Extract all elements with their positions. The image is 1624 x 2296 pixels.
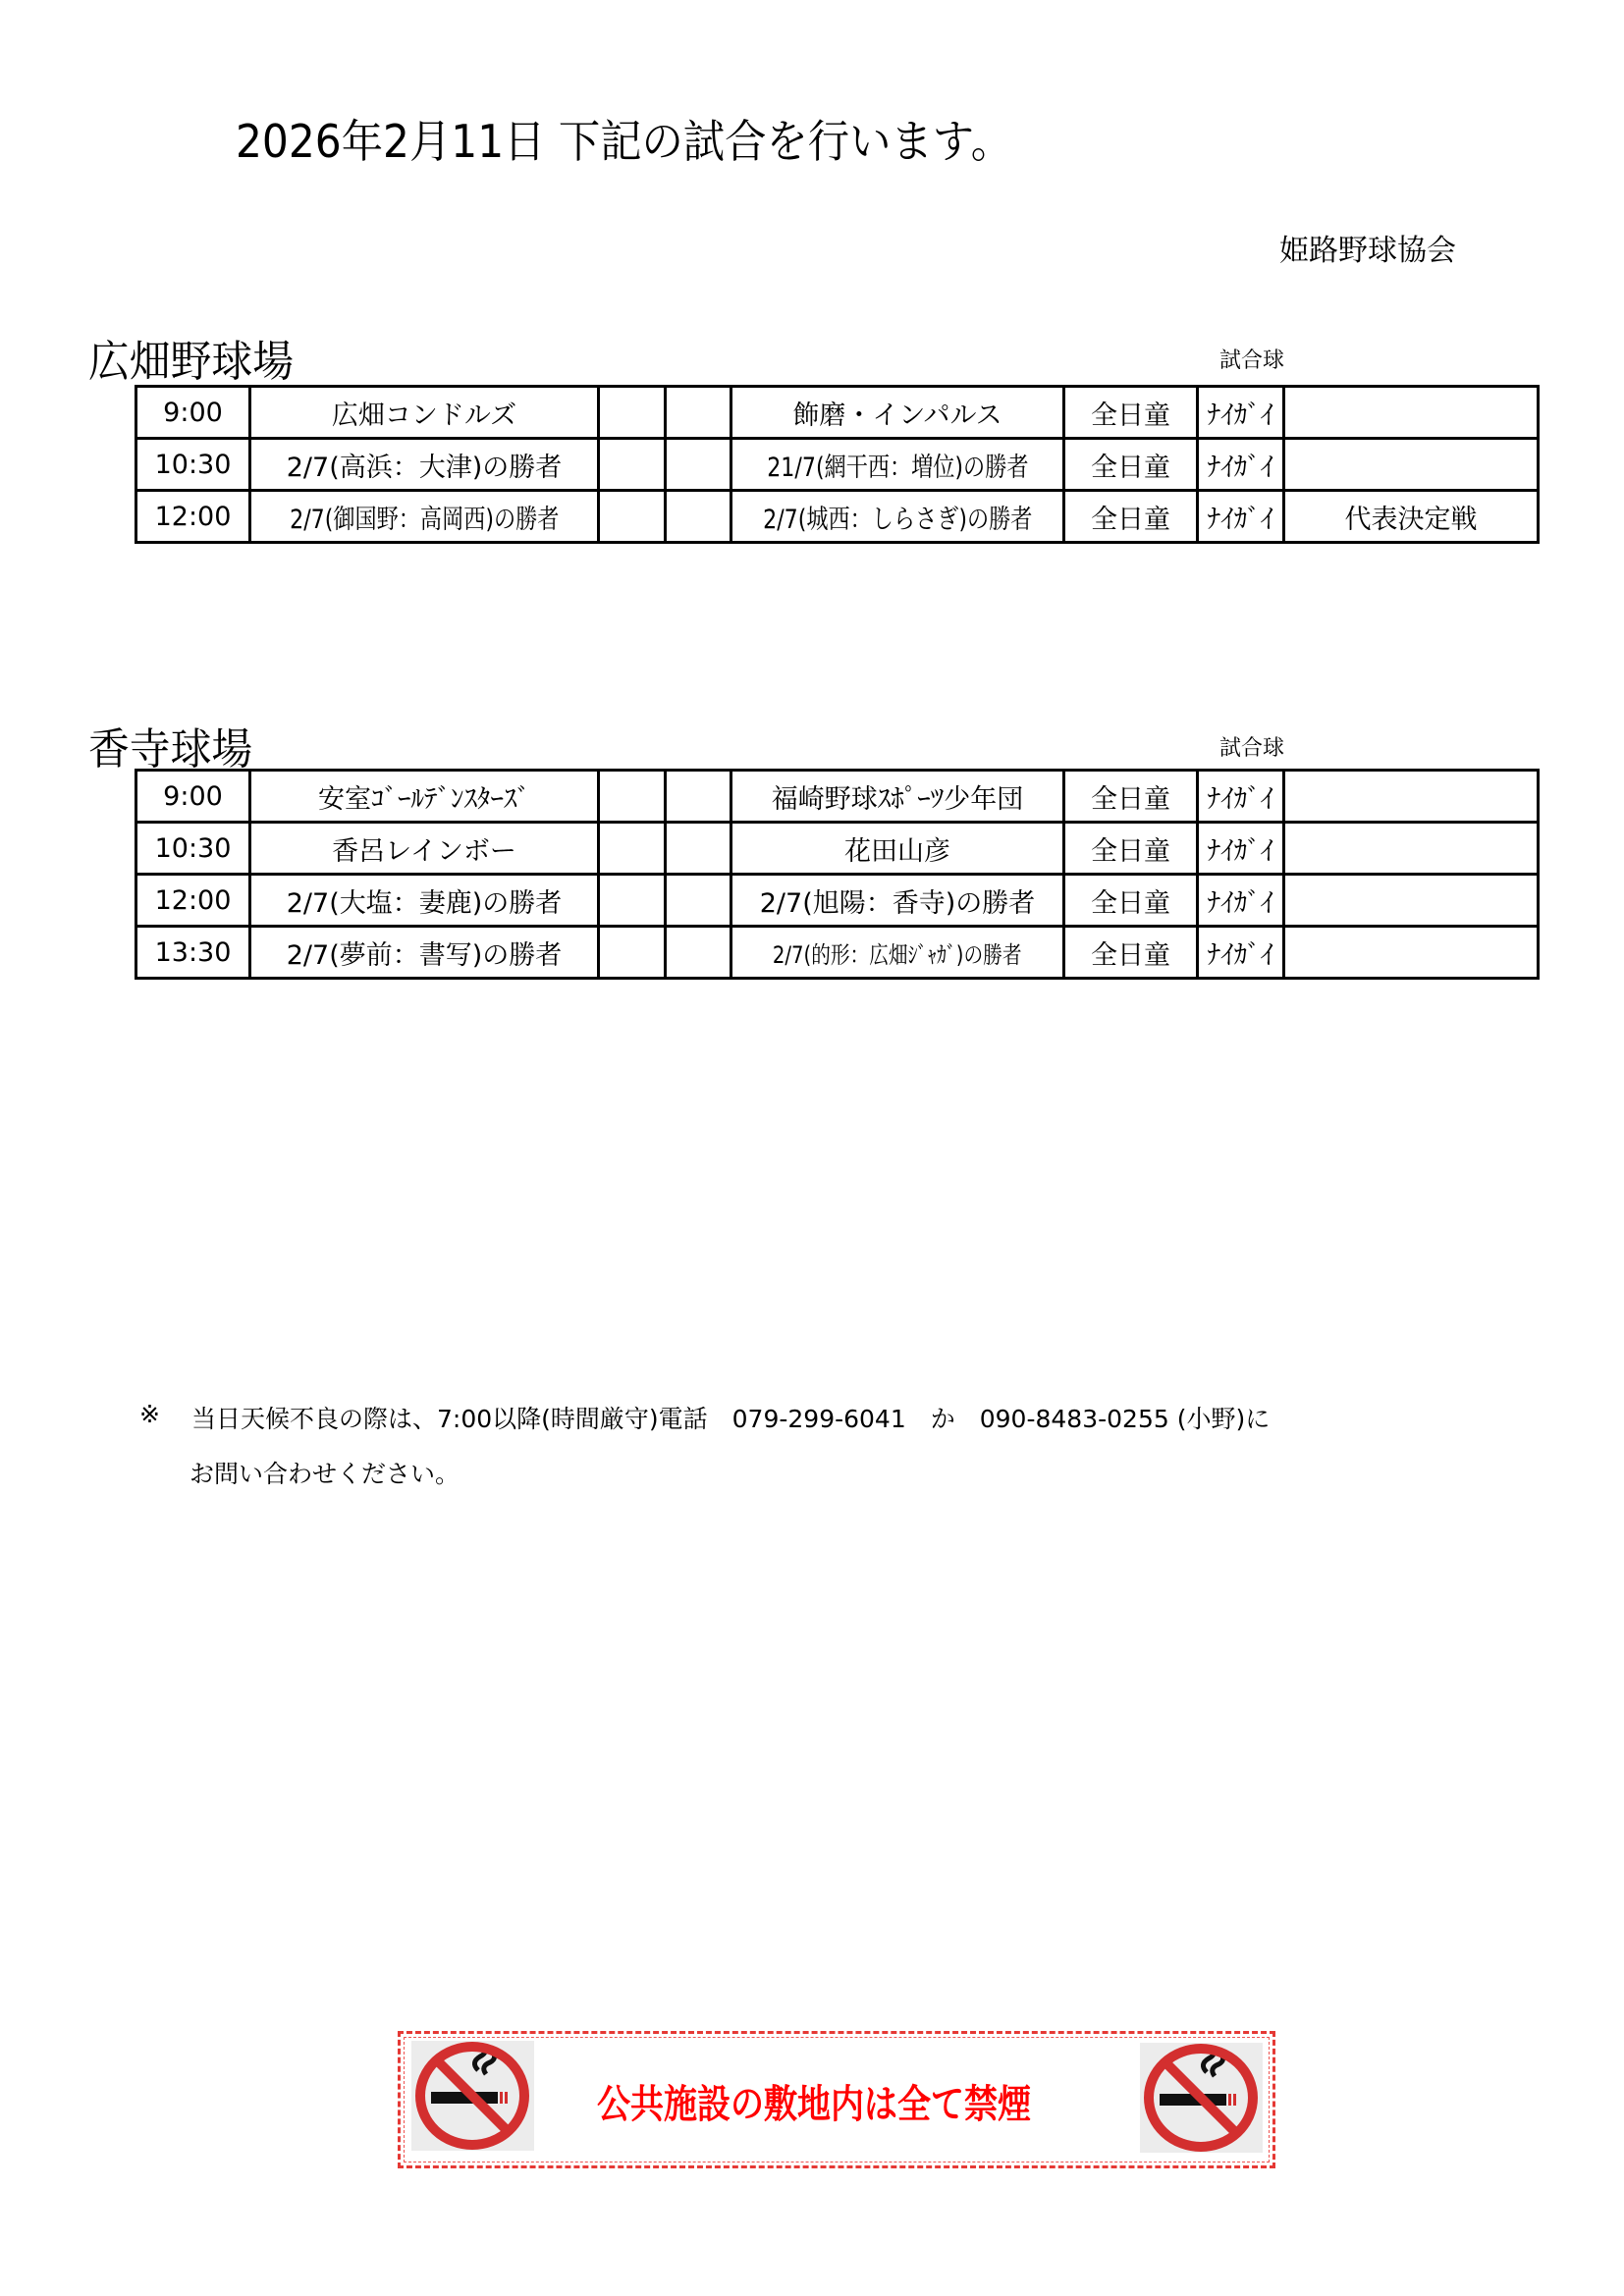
remark bbox=[1284, 387, 1539, 439]
table-row: 12:00 2/7(御国野：高岡西)の勝者 2/7(城西：しらさぎ)の勝者 全日… bbox=[136, 491, 1539, 543]
no-smoking-message: 公共施設の敷地内は全て禁煙 bbox=[597, 2073, 1031, 2129]
score-a bbox=[599, 387, 666, 439]
score-b bbox=[666, 439, 731, 491]
game-time: 10:30 bbox=[136, 823, 250, 875]
venue-heading-kodera: 香寺球場 bbox=[88, 714, 252, 776]
team-b: 2/7(的形：広畑ｼﾞｬｶﾞ)の勝者 bbox=[731, 927, 1064, 979]
note-mark: ※ bbox=[139, 1400, 160, 1428]
remark bbox=[1284, 439, 1539, 491]
venue-heading-hirohata: 広畑野球場 bbox=[88, 326, 294, 389]
game-time: 9:00 bbox=[136, 771, 250, 823]
game-time: 10:30 bbox=[136, 439, 250, 491]
game-ball: ﾅｲｶﾞｲ bbox=[1198, 439, 1284, 491]
score-a bbox=[599, 771, 666, 823]
game-ball: ﾅｲｶﾞｲ bbox=[1198, 387, 1284, 439]
score-a bbox=[599, 927, 666, 979]
score-a bbox=[599, 439, 666, 491]
score-b bbox=[666, 927, 731, 979]
weather-note-line1: 当日天候不良の際は、7:00以降(時間厳守)電話 079-299-6041 か … bbox=[191, 1400, 1270, 1435]
game-ball: ﾅｲｶﾞｲ bbox=[1198, 823, 1284, 875]
score-b bbox=[666, 875, 731, 927]
team-a-text: 2/7(御国野：高岡西)の勝者 bbox=[290, 498, 559, 536]
game-time: 12:00 bbox=[136, 491, 250, 543]
team-b: 福崎野球ｽﾎﾟｰﾂ少年団 bbox=[731, 771, 1064, 823]
team-a: 香呂レインボー bbox=[250, 823, 599, 875]
category: 全日童 bbox=[1064, 491, 1198, 543]
category: 全日童 bbox=[1064, 875, 1198, 927]
remark bbox=[1284, 875, 1539, 927]
score-b bbox=[666, 387, 731, 439]
category: 全日童 bbox=[1064, 439, 1198, 491]
remark: 代表決定戦 bbox=[1284, 491, 1539, 543]
organization-name: 姫路野球協会 bbox=[1279, 226, 1456, 269]
team-b: 2/7(旭陽：香寺)の勝者 bbox=[731, 875, 1064, 927]
game-time: 9:00 bbox=[136, 387, 250, 439]
remark bbox=[1284, 771, 1539, 823]
game-time: 13:30 bbox=[136, 927, 250, 979]
team-a: 2/7(高浜：大津)の勝者 bbox=[250, 439, 599, 491]
team-b: 21/7(網干西：増位)の勝者 bbox=[731, 439, 1064, 491]
schedule-table-kodera: 9:00 安室ｺﾞｰﾙﾃﾞﾝｽﾀｰｽﾞ 福崎野球ｽﾎﾟｰﾂ少年団 全日童 ﾅｲｶ… bbox=[135, 769, 1540, 980]
game-ball: ﾅｲｶﾞｲ bbox=[1198, 771, 1284, 823]
table-row: 12:00 2/7(大塩：妻鹿)の勝者 2/7(旭陽：香寺)の勝者 全日童 ﾅｲ… bbox=[136, 875, 1539, 927]
page-title: 2026年2月11日 下記の試合を行います。 bbox=[236, 106, 1012, 171]
category: 全日童 bbox=[1064, 771, 1198, 823]
score-b bbox=[666, 771, 731, 823]
schedule-table-hirohata: 9:00 広畑コンドルズ 飾磨・インパルス 全日童 ﾅｲｶﾞｲ 10:30 2/… bbox=[135, 385, 1540, 544]
team-b: 2/7(城西：しらさぎ)の勝者 bbox=[731, 491, 1064, 543]
score-a bbox=[599, 491, 666, 543]
game-time: 12:00 bbox=[136, 875, 250, 927]
team-a: 2/7(夢前：書写)の勝者 bbox=[250, 927, 599, 979]
category: 全日童 bbox=[1064, 927, 1198, 979]
table-row: 10:30 香呂レインボー 花田山彦 全日童 ﾅｲｶﾞｲ bbox=[136, 823, 1539, 875]
table-row: 10:30 2/7(高浜：大津)の勝者 21/7(網干西：増位)の勝者 全日童 … bbox=[136, 439, 1539, 491]
game-ball: ﾅｲｶﾞｲ bbox=[1198, 491, 1284, 543]
weather-note-line2: お問い合わせください。 bbox=[189, 1455, 460, 1490]
team-a: 2/7(大塩：妻鹿)の勝者 bbox=[250, 875, 599, 927]
team-a: 安室ｺﾞｰﾙﾃﾞﾝｽﾀｰｽﾞ bbox=[250, 771, 599, 823]
no-smoking-icon bbox=[1140, 2043, 1263, 2153]
team-b: 飾磨・インパルス bbox=[731, 387, 1064, 439]
remark bbox=[1284, 823, 1539, 875]
game-ball: ﾅｲｶﾞｲ bbox=[1198, 875, 1284, 927]
ball-column-label: 試合球 bbox=[1219, 731, 1284, 762]
ball-column-label: 試合球 bbox=[1219, 344, 1284, 374]
game-ball: ﾅｲｶﾞｲ bbox=[1198, 927, 1284, 979]
category: 全日童 bbox=[1064, 387, 1198, 439]
category: 全日童 bbox=[1064, 823, 1198, 875]
table-row: 9:00 広畑コンドルズ 飾磨・インパルス 全日童 ﾅｲｶﾞｲ bbox=[136, 387, 1539, 439]
score-b bbox=[666, 491, 731, 543]
no-smoking-banner: 公共施設の敷地内は全て禁煙 bbox=[398, 2031, 1275, 2168]
score-a bbox=[599, 823, 666, 875]
table-row: 13:30 2/7(夢前：書写)の勝者 2/7(的形：広畑ｼﾞｬｶﾞ)の勝者 全… bbox=[136, 927, 1539, 979]
team-a: 広畑コンドルズ bbox=[250, 387, 599, 439]
table-row: 9:00 安室ｺﾞｰﾙﾃﾞﾝｽﾀｰｽﾞ 福崎野球ｽﾎﾟｰﾂ少年団 全日童 ﾅｲｶ… bbox=[136, 771, 1539, 823]
team-b: 花田山彦 bbox=[731, 823, 1064, 875]
score-a bbox=[599, 875, 666, 927]
no-smoking-icon bbox=[411, 2041, 534, 2151]
team-a: 2/7(御国野：高岡西)の勝者 bbox=[250, 491, 599, 543]
remark bbox=[1284, 927, 1539, 979]
team-b-text: 2/7(城西：しらさぎ)の勝者 bbox=[763, 498, 1032, 536]
score-b bbox=[666, 823, 731, 875]
team-b-text: 2/7(的形：広畑ｼﾞｬｶﾞ)の勝者 bbox=[773, 935, 1022, 970]
team-b-text: 21/7(網干西：増位)の勝者 bbox=[767, 446, 1028, 484]
